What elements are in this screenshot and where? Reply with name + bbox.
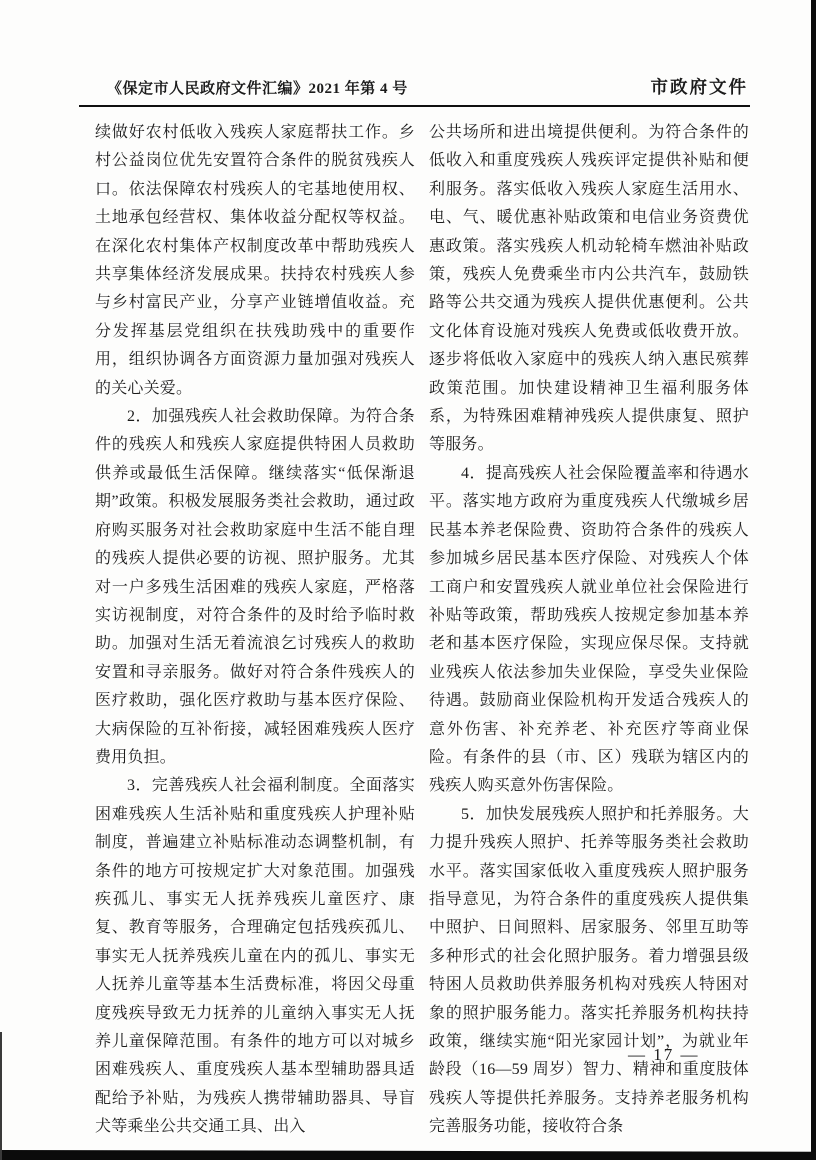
paragraph-continuation: 公共场所和进出境提供便利。为符合条件的低收入和重度残疾人残疾评定提供补贴和便利服… (429, 119, 749, 460)
page-number: — 17 — (628, 1045, 700, 1065)
header-publication-title: 《保定市人民政府文件汇编》2021 年第 4 号 (107, 77, 408, 98)
page-header: 《保定市人民政府文件汇编》2021 年第 4 号 市政府文件 (95, 74, 750, 105)
text-column-right: 公共场所和进出境提供便利。为符合条件的低收入和重度残疾人残疾评定提供补贴和便利服… (429, 119, 749, 1142)
scanned-document-page: 《保定市人民政府文件汇编》2021 年第 4 号 市政府文件 续做好农村低收入残… (0, 0, 816, 1160)
header-doc-category: 市政府文件 (651, 74, 749, 99)
text-column-left: 续做好农村低收入残疾人家庭帮扶工作。乡村公益岗位优先安置符合条件的脱贫残疾人口。… (95, 119, 415, 1142)
scan-edge-right (811, 0, 816, 1160)
paragraph-item-5: 5．加快发展残疾人照护和托养服务。大力提升残疾人照护、托养等服务类社会救助水平。… (429, 801, 749, 1142)
scan-edge-bottom (0, 1150, 816, 1160)
two-column-body: 续做好农村低收入残疾人家庭帮扶工作。乡村公益岗位优先安置符合条件的脱贫残疾人口。… (95, 119, 750, 1142)
header-rule (79, 105, 750, 107)
paragraph-continuation: 续做好农村低收入残疾人家庭帮扶工作。乡村公益岗位优先安置符合条件的脱贫残疾人口。… (95, 119, 415, 403)
paragraph-item-3: 3．完善残疾人社会福利制度。全面落实困难残疾人生活补贴和重度残疾人护理补贴制度，… (95, 772, 415, 1141)
page-content: 《保定市人民政府文件汇编》2021 年第 4 号 市政府文件 续做好农村低收入残… (95, 74, 750, 1142)
paragraph-item-2: 2．加强残疾人社会救助保障。为符合条件的残疾人和残疾人家庭提供特困人员救助供养或… (95, 403, 415, 772)
scan-edge-left (0, 1032, 2, 1160)
paragraph-item-4: 4．提高残疾人社会保险覆盖率和待遇水平。落实地方政府为重度残疾人代缴城乡居民基本… (429, 460, 749, 801)
